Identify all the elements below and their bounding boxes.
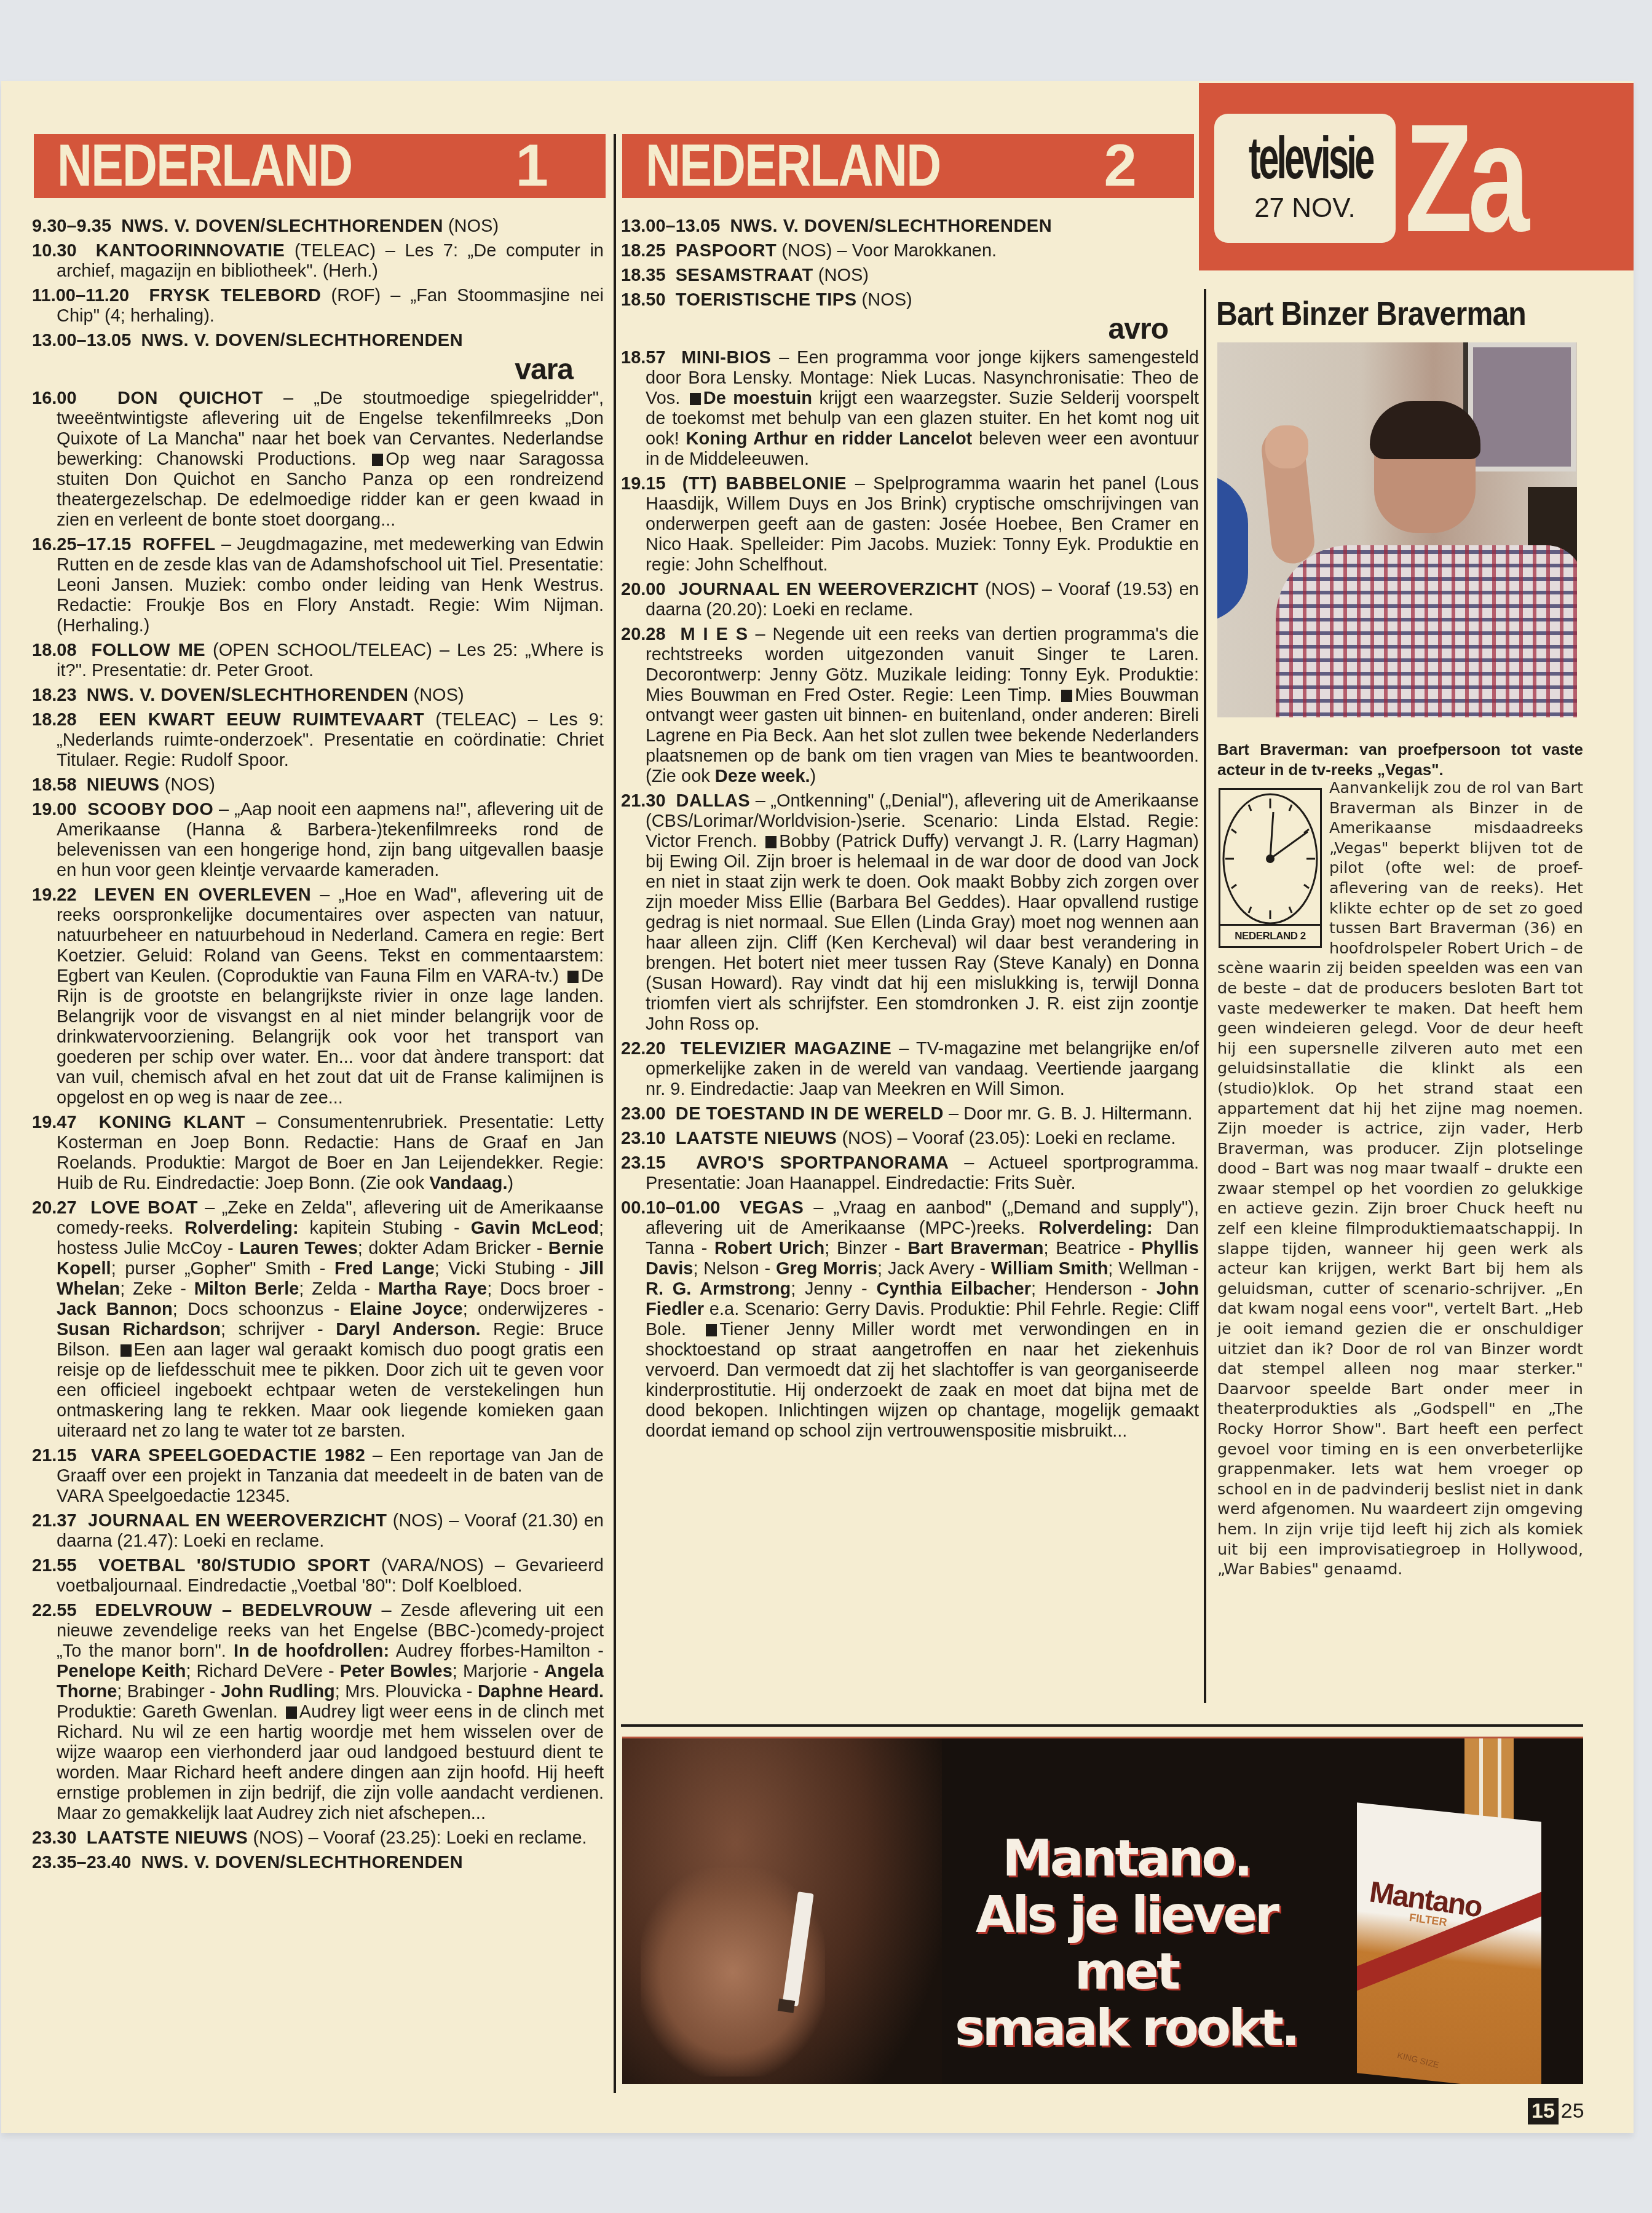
program-title: LAATSTE NIEUWS: [87, 1828, 248, 1848]
program-time: 19.47: [32, 1113, 77, 1132]
cast-role: ; Zelda -: [299, 1279, 378, 1299]
program-entry: 19.47 KONING KLANT – Consumentenrubriek.…: [32, 1113, 604, 1194]
program-highlight: Koning Arthur en ridder Lancelot: [686, 429, 973, 449]
program-time: 22.55: [32, 1601, 77, 1620]
cast-actor: Greg Morris: [776, 1259, 877, 1279]
program-description: (NOS) – Voor Marokkanen.: [777, 241, 997, 261]
program-description-end: ): [507, 1174, 513, 1193]
program-title: NIEUWS: [87, 775, 160, 795]
program-description: – Jeugdmagazine, met medewerking van Edw…: [57, 535, 604, 636]
program-entry: 18.50 TOERISTISCHE TIPS (NOS): [621, 290, 1199, 310]
program-title: LEVEN EN OVERLEVEN: [94, 885, 311, 905]
program-title: NWS. V. DOVEN/SLECHTHORENDEN: [141, 1853, 463, 1872]
program-title: EDELVROUW – BEDELVROUW: [95, 1601, 373, 1620]
program-description: (NOS): [857, 290, 912, 310]
program-synopsis: Bobby (Patrick Duffy) vervangt J. R. (La…: [646, 832, 1199, 1034]
day-abbreviation: Za: [1405, 108, 1525, 249]
program-time: 19.15: [621, 474, 666, 494]
program-entry: 23.00 DE TOESTAND IN DE WERELD – Door mr…: [621, 1104, 1199, 1124]
bullet-square-icon: [765, 836, 777, 848]
program-entry: 23.30 LAATSTE NIEUWS (NOS) – Vooraf (23.…: [32, 1828, 604, 1848]
program-description: – Door mr. G. B. J. Hiltermann.: [944, 1104, 1193, 1124]
cast-role: ; Brabinger -: [117, 1682, 221, 1702]
ad-slogan: Mantano. Als je liever met smaak rookt.: [942, 1831, 1311, 2057]
broadcaster-logo: vara: [32, 355, 604, 385]
cross-reference: Deze week.: [715, 767, 810, 786]
program-time: 13.00–13.05: [621, 216, 720, 236]
program-description: (NOS) – Vooraf (23.05): Loeki en reclame…: [837, 1129, 1176, 1148]
program-time: 19.00: [32, 800, 77, 819]
cast-label: Rolverdeling:: [184, 1218, 298, 1238]
program-title: KANTOORINNOVATIE: [96, 241, 285, 261]
program-time: 18.58: [32, 775, 77, 795]
program-time: 18.28: [32, 710, 77, 730]
program-time: 21.37: [32, 1511, 77, 1531]
program-time: 18.25: [621, 241, 666, 261]
program-synopsis: De Rijn is de grootste en belangrijkste …: [57, 966, 604, 1108]
cast-role: ; Richard DeVere -: [186, 1662, 339, 1681]
program-title: KONING KLANT: [99, 1113, 245, 1132]
program-title: MINI-BIOS: [681, 348, 771, 368]
cast-actor: Daryl Anderson.: [336, 1320, 480, 1339]
program-time: 23.15: [621, 1153, 666, 1173]
program-time: 23.00: [621, 1104, 666, 1124]
program-title: NWS. V. DOVEN/SLECHTHORENDEN: [141, 331, 463, 350]
program-title: (TT) BABBELONIE: [682, 474, 847, 494]
program-entry: 22.20 TELEVIZIER MAGAZINE – TV-magazine …: [621, 1039, 1199, 1100]
program-title: ROFFEL: [143, 535, 216, 554]
program-entry: 16.00 DON QUICHOT – „De stoutmoedige spi…: [32, 389, 604, 531]
cast-role: kapitein Stubing -: [299, 1218, 471, 1238]
bullet-square-icon: [1061, 690, 1072, 702]
cast-actor: Susan Richardson: [57, 1320, 221, 1339]
program-synopsis: Een aan lager wal geraakt komisch duo po…: [57, 1340, 604, 1441]
program-time: 18.35: [621, 266, 666, 285]
program-description: (NOS): [813, 266, 869, 285]
program-time: 22.20: [621, 1039, 666, 1059]
program-entry: 18.57 MINI-BIOS – Een programma voor jon…: [621, 348, 1199, 470]
actor-photo: [1217, 342, 1577, 717]
program-title: FOLLOW ME: [92, 641, 206, 660]
program-title: DON QUICHOT: [117, 389, 263, 408]
channel-label: NEDERLAND: [57, 134, 352, 198]
program-time: 20.27: [32, 1198, 77, 1218]
cast-role: ; onderwijzeres -: [463, 1300, 604, 1319]
program-time: 23.10: [621, 1129, 666, 1148]
program-title: LAATSTE NIEUWS: [676, 1129, 837, 1148]
cast-actor: Martha Raye: [378, 1279, 487, 1299]
program-entry: 23.10 LAATSTE NIEUWS (NOS) – Vooraf (23.…: [621, 1129, 1199, 1149]
program-entry: 16.25–17.15 ROFFEL – Jeugdmagazine, met …: [32, 535, 604, 636]
televisie-logo-box: televisie 27 NOV.: [1214, 114, 1396, 243]
program-entry: 21.15 VARA SPEELGOEDACTIE 1982 – Een rep…: [32, 1446, 604, 1507]
program-highlight: De moestuin: [703, 389, 812, 408]
broadcaster-logo: avro: [621, 315, 1199, 344]
cigarette-advertisement: Mantano. Als je liever met smaak rookt. …: [622, 1737, 1583, 2084]
program-time: 19.22: [32, 885, 77, 905]
nederland1-banner: NEDERLAND 1: [34, 134, 606, 198]
cast-role: ; Henderson -: [1031, 1279, 1156, 1299]
cast-actor: Robert Urich: [714, 1239, 824, 1258]
bullet-square-icon: [372, 454, 383, 466]
program-entry: 23.15 AVRO'S SPORTPANORAMA – Actueel spo…: [621, 1153, 1199, 1194]
televisie-logo: televisie: [1249, 125, 1361, 192]
bullet-square-icon: [706, 1324, 717, 1336]
program-title: PASPOORT: [676, 241, 777, 261]
page-number-box: 15: [1528, 2098, 1559, 2124]
nederland1-schedule: 9.30–9.35 NWS. V. DOVEN/SLECHTHORENDEN (…: [32, 216, 604, 1877]
cast-role: Audrey fforbes-Hamilton -: [389, 1641, 604, 1661]
program-entry: 13.00–13.05 NWS. V. DOVEN/SLECHTHORENDEN: [32, 331, 604, 351]
cast-role: ; schrijver -: [221, 1320, 336, 1339]
bullet-square-icon: [286, 1706, 297, 1719]
cast-actor: Fred Lange: [334, 1259, 435, 1279]
program-title: LOVE BOAT: [90, 1198, 198, 1218]
clock-channel-label: NEDERLAND 2: [1220, 924, 1320, 946]
cast-label: Rolverdeling:: [1038, 1218, 1152, 1238]
program-title: EEN KWART EEUW RUIMTEVAART: [99, 710, 424, 730]
program-title: VOETBAL '80/STUDIO SPORT: [98, 1556, 370, 1576]
program-title: TOERISTISCHE TIPS: [676, 290, 857, 310]
cast-role: ; Zeke -: [120, 1279, 194, 1299]
program-title: DE TOESTAND IN DE WERELD: [676, 1104, 944, 1124]
program-time: 20.28: [621, 625, 666, 644]
program-title: SESAMSTRAAT: [676, 266, 813, 285]
program-description: (NOS): [408, 685, 464, 705]
program-description: (NOS): [160, 775, 215, 795]
program-time: 21.30: [621, 791, 666, 811]
program-entry: 20.28 M I E S – Negende uit een reeks va…: [621, 625, 1199, 787]
program-entry: 21.37 JOURNAAL EN WEEROVERZICHT (NOS) – …: [32, 1511, 604, 1552]
cast-role: ; Wellman -: [1108, 1259, 1199, 1279]
program-time: 18.23: [32, 685, 77, 705]
photo-caption: Bart Braverman: van proefpersoon tot vas…: [1217, 740, 1583, 780]
program-time: 11.00–11.20: [32, 286, 129, 306]
cast-role: ; purser „Gopher" Smith -: [111, 1259, 334, 1279]
page-number-value: 25: [1559, 2099, 1584, 2123]
cast-role: ; Jack Avery -: [877, 1259, 991, 1279]
program-description-end: ): [810, 767, 816, 786]
program-title: AVRO'S SPORTPANORAMA: [696, 1153, 949, 1173]
program-entry: 11.00–11.20 FRYSK TELEBORD (ROF) – „Fan …: [32, 286, 604, 326]
program-credits: Produktie: Gareth Gwenlan.: [57, 1702, 283, 1722]
program-title: NWS. V. DOVEN/SLECHTHORENDEN: [730, 216, 1052, 236]
ad-top-rule: [621, 1724, 1583, 1727]
cast-role: ; Mrs. Plouvicka -: [335, 1682, 478, 1702]
program-title: JOURNAAL EN WEEROVERZICHT: [88, 1511, 387, 1531]
cast-actor: Jack Bannon: [57, 1300, 173, 1319]
cast-role: ; Vicki Stubing -: [435, 1259, 579, 1279]
program-time: 20.00: [621, 580, 666, 599]
program-synopsis: Tiener Jenny Miller wordt met verwonding…: [646, 1320, 1199, 1441]
cast-actor: Lauren Tewes: [239, 1239, 358, 1258]
program-entry: 20.00 JOURNAAL EN WEEROVERZICHT (NOS) – …: [621, 580, 1199, 620]
program-time: 00.10–01.00: [621, 1198, 720, 1218]
program-time: 23.35–23.40: [32, 1853, 131, 1872]
broadcast-date: 27 NOV.: [1214, 192, 1396, 224]
channel-label: NEDERLAND: [646, 134, 940, 198]
cast-role: ; Jenny -: [791, 1279, 876, 1299]
cast-role: ; Binzer -: [824, 1239, 907, 1258]
program-time: 18.08: [32, 641, 77, 660]
cast-role: ; Marjorie -: [453, 1662, 544, 1681]
page-number: 15 25: [1528, 2096, 1584, 2126]
bullet-square-icon: [121, 1344, 132, 1357]
program-title: SCOOBY DOO: [87, 800, 213, 819]
channel-number: 1: [516, 134, 547, 198]
program-entry: 22.55 EDELVROUW – BEDELVROUW – Zesde afl…: [32, 1601, 604, 1824]
program-entry: 21.30 DALLAS – „Ontkenning" („Denial"), …: [621, 791, 1199, 1035]
program-time: 16.00: [32, 389, 77, 408]
cast-actor: Milton Berle: [194, 1279, 299, 1299]
program-entry: 18.58 NIEUWS (NOS): [32, 775, 604, 795]
nederland2-schedule: 13.00–13.05 NWS. V. DOVEN/SLECHTHORENDEN…: [621, 216, 1199, 1446]
program-time: 18.57: [621, 348, 666, 368]
program-title: DALLAS: [676, 791, 751, 811]
cast-role: ; Docs schoonzus -: [173, 1300, 350, 1319]
cast-actor: Cynthia Eilbacher: [876, 1279, 1031, 1299]
program-entry: 23.35–23.40 NWS. V. DOVEN/SLECHTHORENDEN: [32, 1853, 604, 1873]
cast-label: In de hoofdrollen:: [234, 1641, 389, 1661]
program-entry: 21.55 VOETBAL '80/STUDIO SPORT (VARA/NOS…: [32, 1556, 604, 1596]
bullet-square-icon: [567, 971, 579, 983]
cast-actor: Bart Braverman: [907, 1239, 1043, 1258]
program-entry: 19.22 LEVEN EN OVERLEVEN – „Hoe en Wad",…: [32, 885, 604, 1108]
program-time: 16.25–17.15: [32, 535, 131, 554]
program-title: TELEVIZIER MAGAZINE: [681, 1039, 892, 1059]
plaid-shirt: [1276, 545, 1577, 717]
cast-actor: Peter Bowles: [340, 1662, 453, 1681]
program-entry: 18.35 SESAMSTRAAT (NOS): [621, 266, 1199, 286]
cast-actor: Penelope Keith: [57, 1662, 186, 1681]
program-title: M I E S: [680, 625, 748, 644]
cast-role: ; Beatrice -: [1043, 1239, 1141, 1258]
program-entry: 18.25 PASPOORT (NOS) – Voor Marokkanen.: [621, 241, 1199, 261]
program-title: VARA SPEELGOEDACTIE 1982: [91, 1446, 365, 1465]
program-description: (ROF) – „Fan Stoommasjine nei Chip" (4; …: [57, 286, 604, 326]
program-description: (NOS) – Vooraf (23.25): Loeki en reclame…: [248, 1828, 587, 1848]
wall-picture: [1468, 342, 1576, 471]
program-entry: 18.08 FOLLOW ME (OPEN SCHOOL/TELEAC) – L…: [32, 641, 604, 681]
program-title: NWS. V. DOVEN/SLECHTHORENDEN: [87, 685, 409, 705]
program-time: 9.30–9.35: [32, 216, 111, 236]
program-entry: 00.10–01.00 VEGAS – „Vraag en aanbod" („…: [621, 1198, 1199, 1442]
article-title: Bart Binzer Braverman: [1216, 294, 1526, 333]
program-entry: 9.30–9.35 NWS. V. DOVEN/SLECHTHORENDEN (…: [32, 216, 604, 237]
cast-actor: Gavin McLeod: [471, 1218, 599, 1238]
cast-role: ; Nelson -: [693, 1259, 775, 1279]
program-time: 10.30: [32, 241, 77, 261]
program-title: NWS. V. DOVEN/SLECHTHORENDEN: [121, 216, 443, 236]
program-time: 21.55: [32, 1556, 77, 1576]
program-entry: 20.27 LOVE BOAT – „Zeke en Zelda", aflev…: [32, 1198, 604, 1442]
clock-icon: NEDERLAND 2: [1219, 788, 1322, 948]
cast-role: ; Docs broer -: [487, 1279, 604, 1299]
nederland2-banner: NEDERLAND 2: [622, 134, 1194, 198]
program-title: FRYSK TELEBORD: [149, 286, 321, 306]
article-rule: [1204, 289, 1206, 1703]
cast-actor: Daphne Heard.: [478, 1682, 604, 1702]
program-time: 18.50: [621, 290, 666, 310]
program-entry: 19.00 SCOOBY DOO – „Aap nooit een aapmen…: [32, 800, 604, 881]
program-time: 23.30: [32, 1828, 77, 1848]
program-description: (NOS): [443, 216, 499, 236]
cast-actor: Elaine Joyce: [350, 1300, 463, 1319]
cast-actor: R. G. Armstrong: [646, 1279, 791, 1299]
program-entry: 19.15 (TT) BABBELONIE – Spelprogramma wa…: [621, 474, 1199, 575]
cast-actor: John Rudling: [221, 1682, 335, 1702]
program-entry: 18.28 EEN KWART EEUW RUIMTEVAART (TELEAC…: [32, 710, 604, 771]
program-entry: 18.23 NWS. V. DOVEN/SLECHTHORENDEN (NOS): [32, 685, 604, 706]
program-title: VEGAS: [740, 1198, 804, 1218]
bullet-square-icon: [690, 393, 701, 405]
program-time: 13.00–13.05: [32, 331, 131, 350]
program-time: 21.15: [32, 1446, 77, 1465]
cast-role: ; dokter Adam Bricker -: [358, 1239, 548, 1258]
program-entry: 13.00–13.05 NWS. V. DOVEN/SLECHTHORENDEN: [621, 216, 1199, 237]
program-title: JOURNAAL EN WEEROVERZICHT: [678, 580, 979, 599]
cast-actor: William Smith: [991, 1259, 1109, 1279]
program-entry: 10.30 KANTOORINNOVATIE (TELEAC) – Les 7:…: [32, 241, 604, 282]
channel-number: 2: [1104, 134, 1136, 198]
cross-reference: Vandaag.: [429, 1174, 507, 1193]
column-divider: [614, 134, 616, 2093]
